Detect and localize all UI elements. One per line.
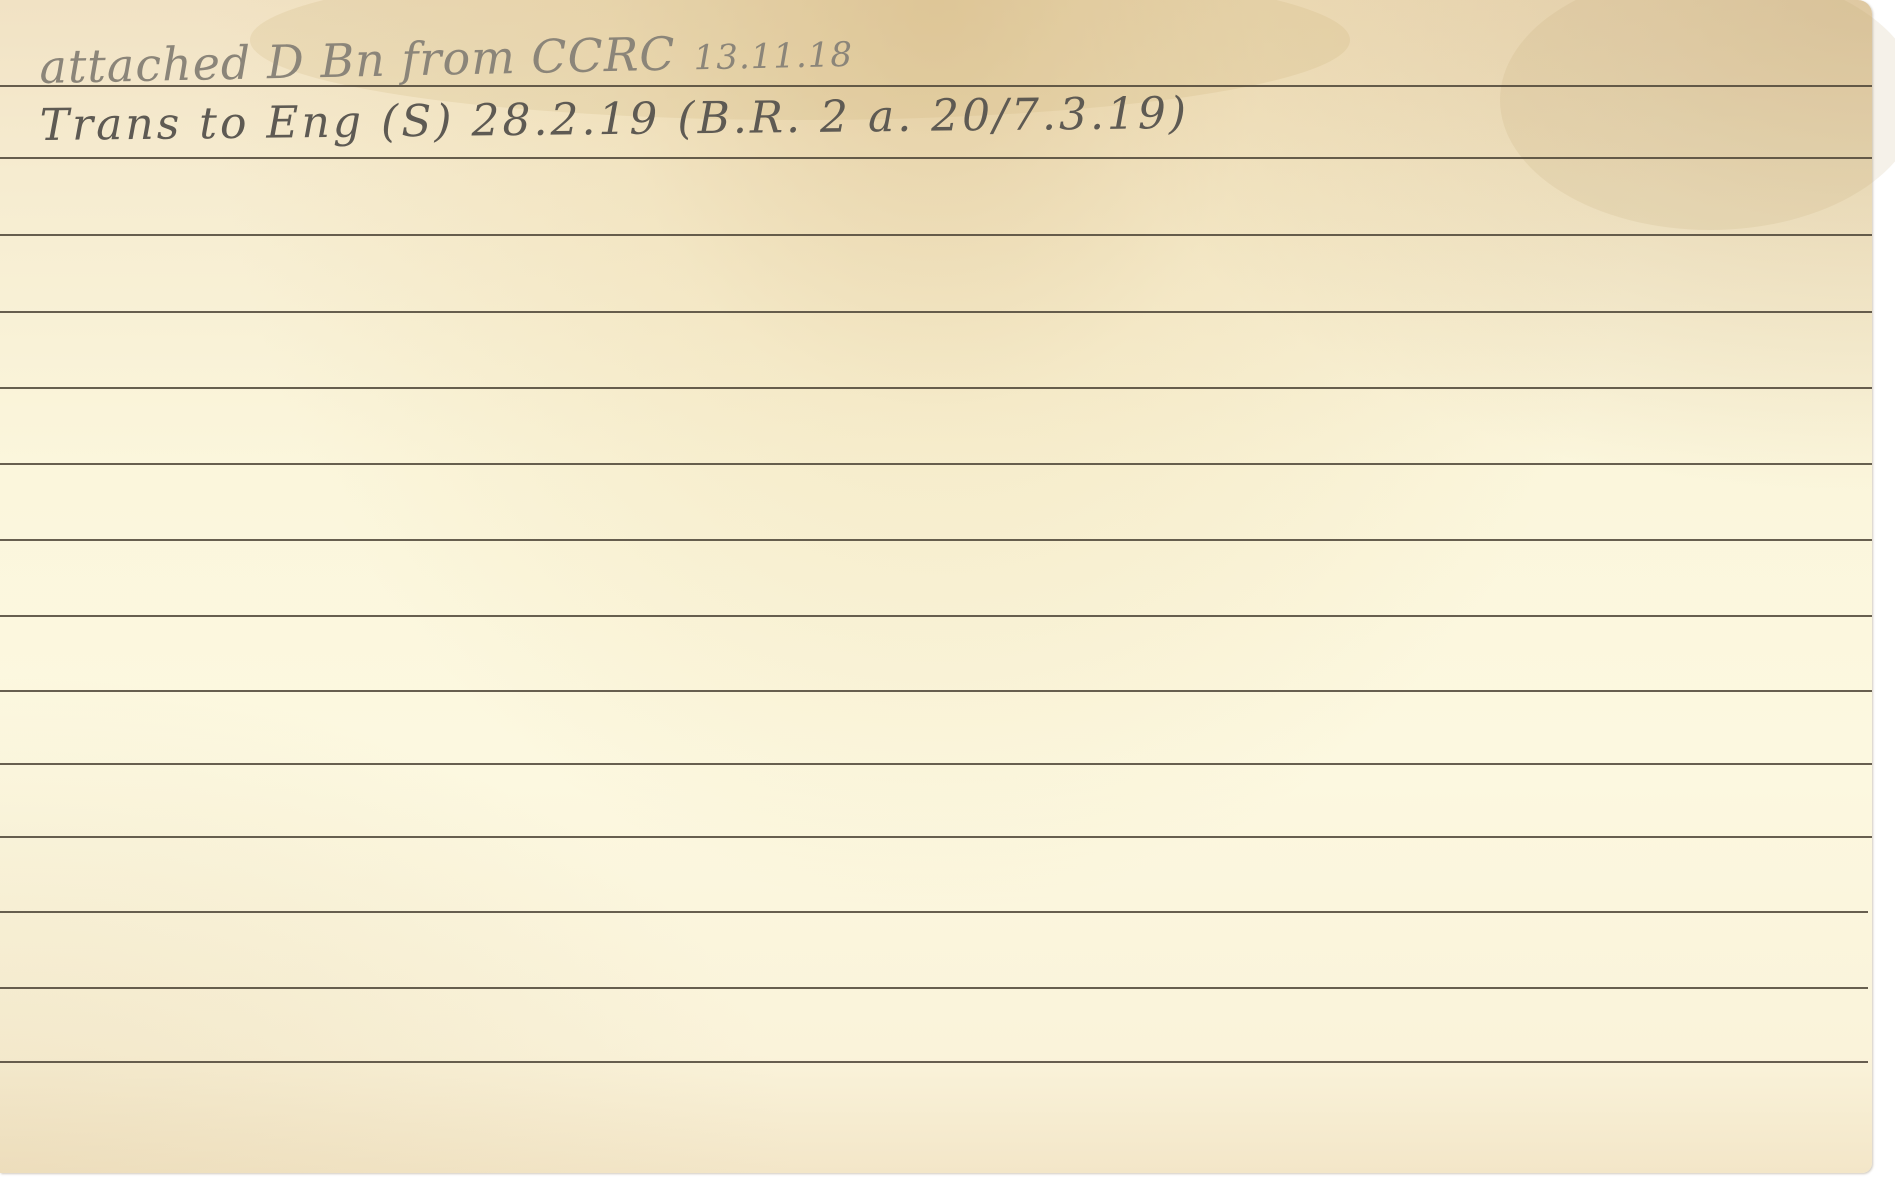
entry-1-text: attached D Bn from CCRC: [39, 27, 676, 94]
ruled-line: [0, 836, 1872, 838]
ruled-line: [0, 911, 1868, 913]
record-card: attached D Bn from CCRC13.11.18 Trans to…: [0, 0, 1872, 1173]
ruled-line: [0, 987, 1868, 989]
ruled-line: [0, 615, 1872, 617]
ruled-line: [0, 157, 1872, 159]
entry-1-date: 13.11.18: [693, 35, 853, 78]
age-stain: [1500, 0, 1895, 230]
ruled-line: [0, 463, 1872, 465]
handwritten-entry-1: attached D Bn from CCRC13.11.18: [39, 23, 854, 94]
ruled-line: [0, 690, 1872, 692]
ruled-line: [0, 387, 1872, 389]
ruled-line: [0, 234, 1872, 236]
ruled-line: [0, 763, 1872, 765]
ruled-line: [0, 311, 1872, 313]
ruled-line: [0, 1061, 1868, 1063]
ruled-line: [0, 539, 1872, 541]
entry-2-text: Trans to Eng (S) 28.2.19 (B.R. 2 a. 20/7…: [39, 88, 1189, 151]
handwritten-entry-2: Trans to Eng (S) 28.2.19 (B.R. 2 a. 20/7…: [39, 88, 1189, 151]
